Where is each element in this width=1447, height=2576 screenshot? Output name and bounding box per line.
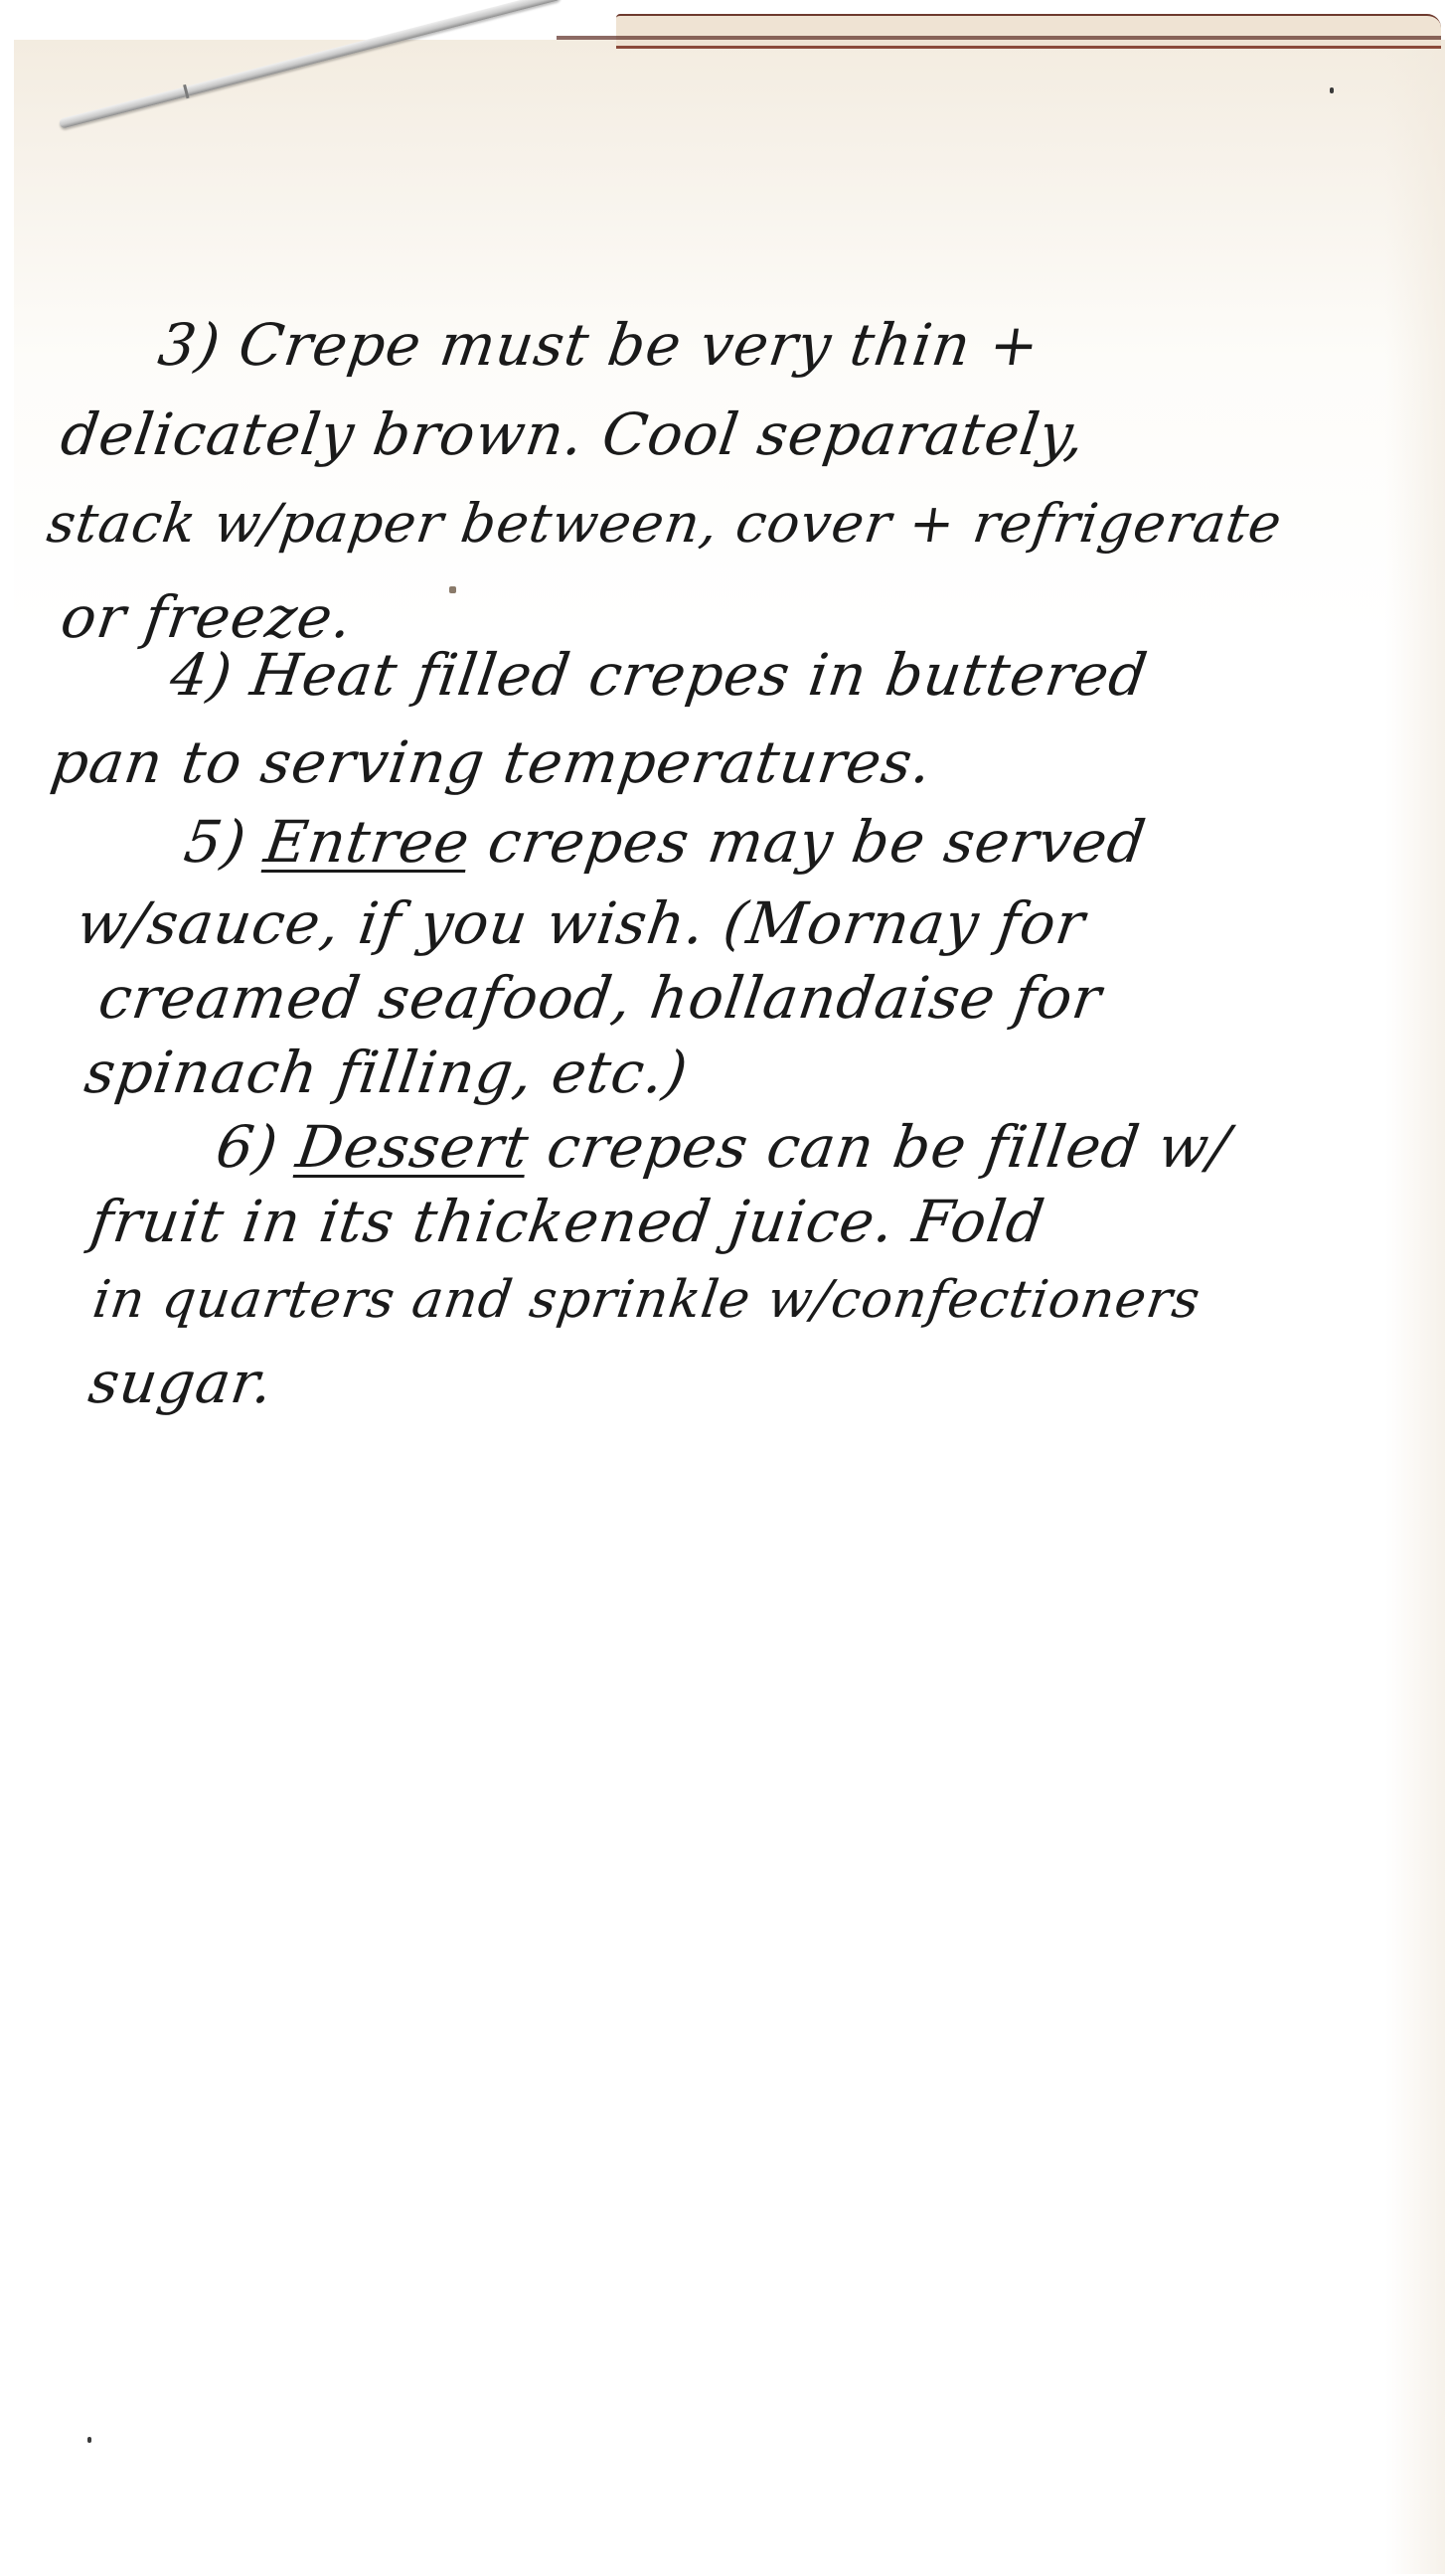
step4-number: 4) [166,641,237,709]
step5-line3: creamed seafood, hollandaise for [95,969,1105,1027]
step3-line4: or freeze. [58,588,356,646]
step6-text-line1: crepes can be filled w/ [543,1113,1234,1181]
step6-line1: 6) Dessert crepes can be filled w/ [213,1118,1233,1176]
step3-number: 3) [154,311,225,379]
handwritten-notes: 3) Crepe must be very thin + delicately … [0,0,1447,2576]
step5-line4: spinach filling, etc.) [81,1044,692,1101]
step5-number: 5) [180,808,250,876]
step4-line1: 4) Heat filled crepes in buttered [167,646,1151,704]
step4-line2: pan to serving temperatures. [48,733,936,791]
step4-text-line1: Heat filled crepes in buttered [246,641,1152,709]
step6-line2: fruit in its thickened juice. Fold [87,1193,1048,1250]
step6-line4: sugar. [85,1354,277,1411]
step3-line2: delicately brown. Cool separately, [58,405,1089,463]
step3-line3: stack w/paper between, cover + refrigera… [44,497,1285,551]
step5-keyword-entree: Entree [260,808,474,876]
step5-text-line1: crepes may be served [484,808,1150,876]
step3-text-line1: Crepe must be very thin + [235,311,1044,379]
step6-number: 6) [212,1113,282,1181]
step5-line1: 5) Entree crepes may be served [181,813,1150,871]
step6-line3: in quarters and sprinkle w/confectioners [89,1274,1204,1326]
step3-line1: 3) Crepe must be very thin + [155,316,1044,374]
step5-line2: w/sauce, if you wish. (Mornay for [74,894,1089,952]
step6-keyword-dessert: Dessert [292,1113,533,1181]
